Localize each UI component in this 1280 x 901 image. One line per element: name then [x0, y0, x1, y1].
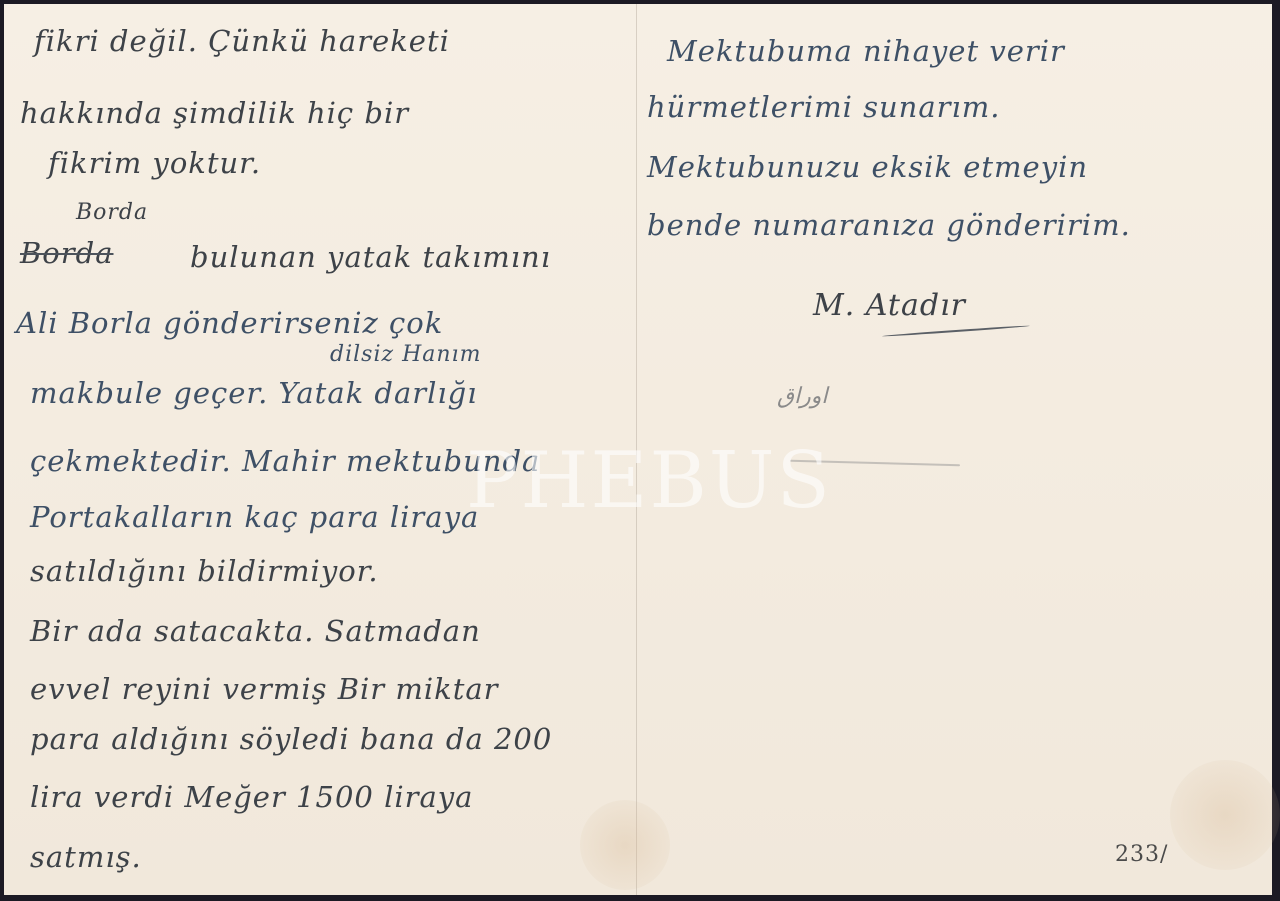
struck-word: Borda — [20, 236, 114, 270]
text-line: çekmektedir. Mahir mektubunda — [30, 444, 540, 478]
text-line: Ali Borla gönderirseniz çok — [16, 306, 443, 340]
text-line: Mektubunuzu eksik etmeyin — [647, 150, 1088, 184]
text-line: hakkında şimdilik hiç bir — [20, 96, 409, 130]
text-line: satıldığını bildirmiyor. — [30, 554, 379, 588]
text-line: fikri değil. Çünkü hareketi — [34, 24, 450, 58]
text-line: Bir ada satacakta. Satmadan — [30, 614, 481, 648]
text-line: para aldığını söyledi bana da 200 — [30, 722, 552, 756]
text-line: bulunan yatak takımını — [190, 240, 551, 274]
text-line: bende numaranıza gönderirim. — [647, 208, 1131, 242]
text-line: makbule geçer. Yatak darlığı — [30, 376, 478, 410]
text-line: fikrim yoktur. — [48, 146, 261, 180]
text-line: Mektubuma nihayet verir — [667, 34, 1065, 68]
signature: M. Atadır — [813, 288, 966, 323]
text-correction: Borda — [76, 200, 148, 225]
text-line: lira verdi Meğer 1500 liraya — [30, 780, 473, 814]
text-line: evvel reyini vermiş Bir miktar — [30, 672, 499, 706]
ottoman-script-note: اوراق — [777, 384, 828, 409]
text-line: Portakalların kaç para liraya — [30, 500, 479, 534]
text-line: hürmetlerimi sunarım. — [647, 90, 1000, 124]
catalog-number: 233/ — [1115, 842, 1168, 867]
text-insertion: dilsiz Hanım — [330, 342, 481, 367]
watermark: PHEBUS — [466, 436, 832, 526]
text-line: satmış. — [30, 840, 142, 874]
